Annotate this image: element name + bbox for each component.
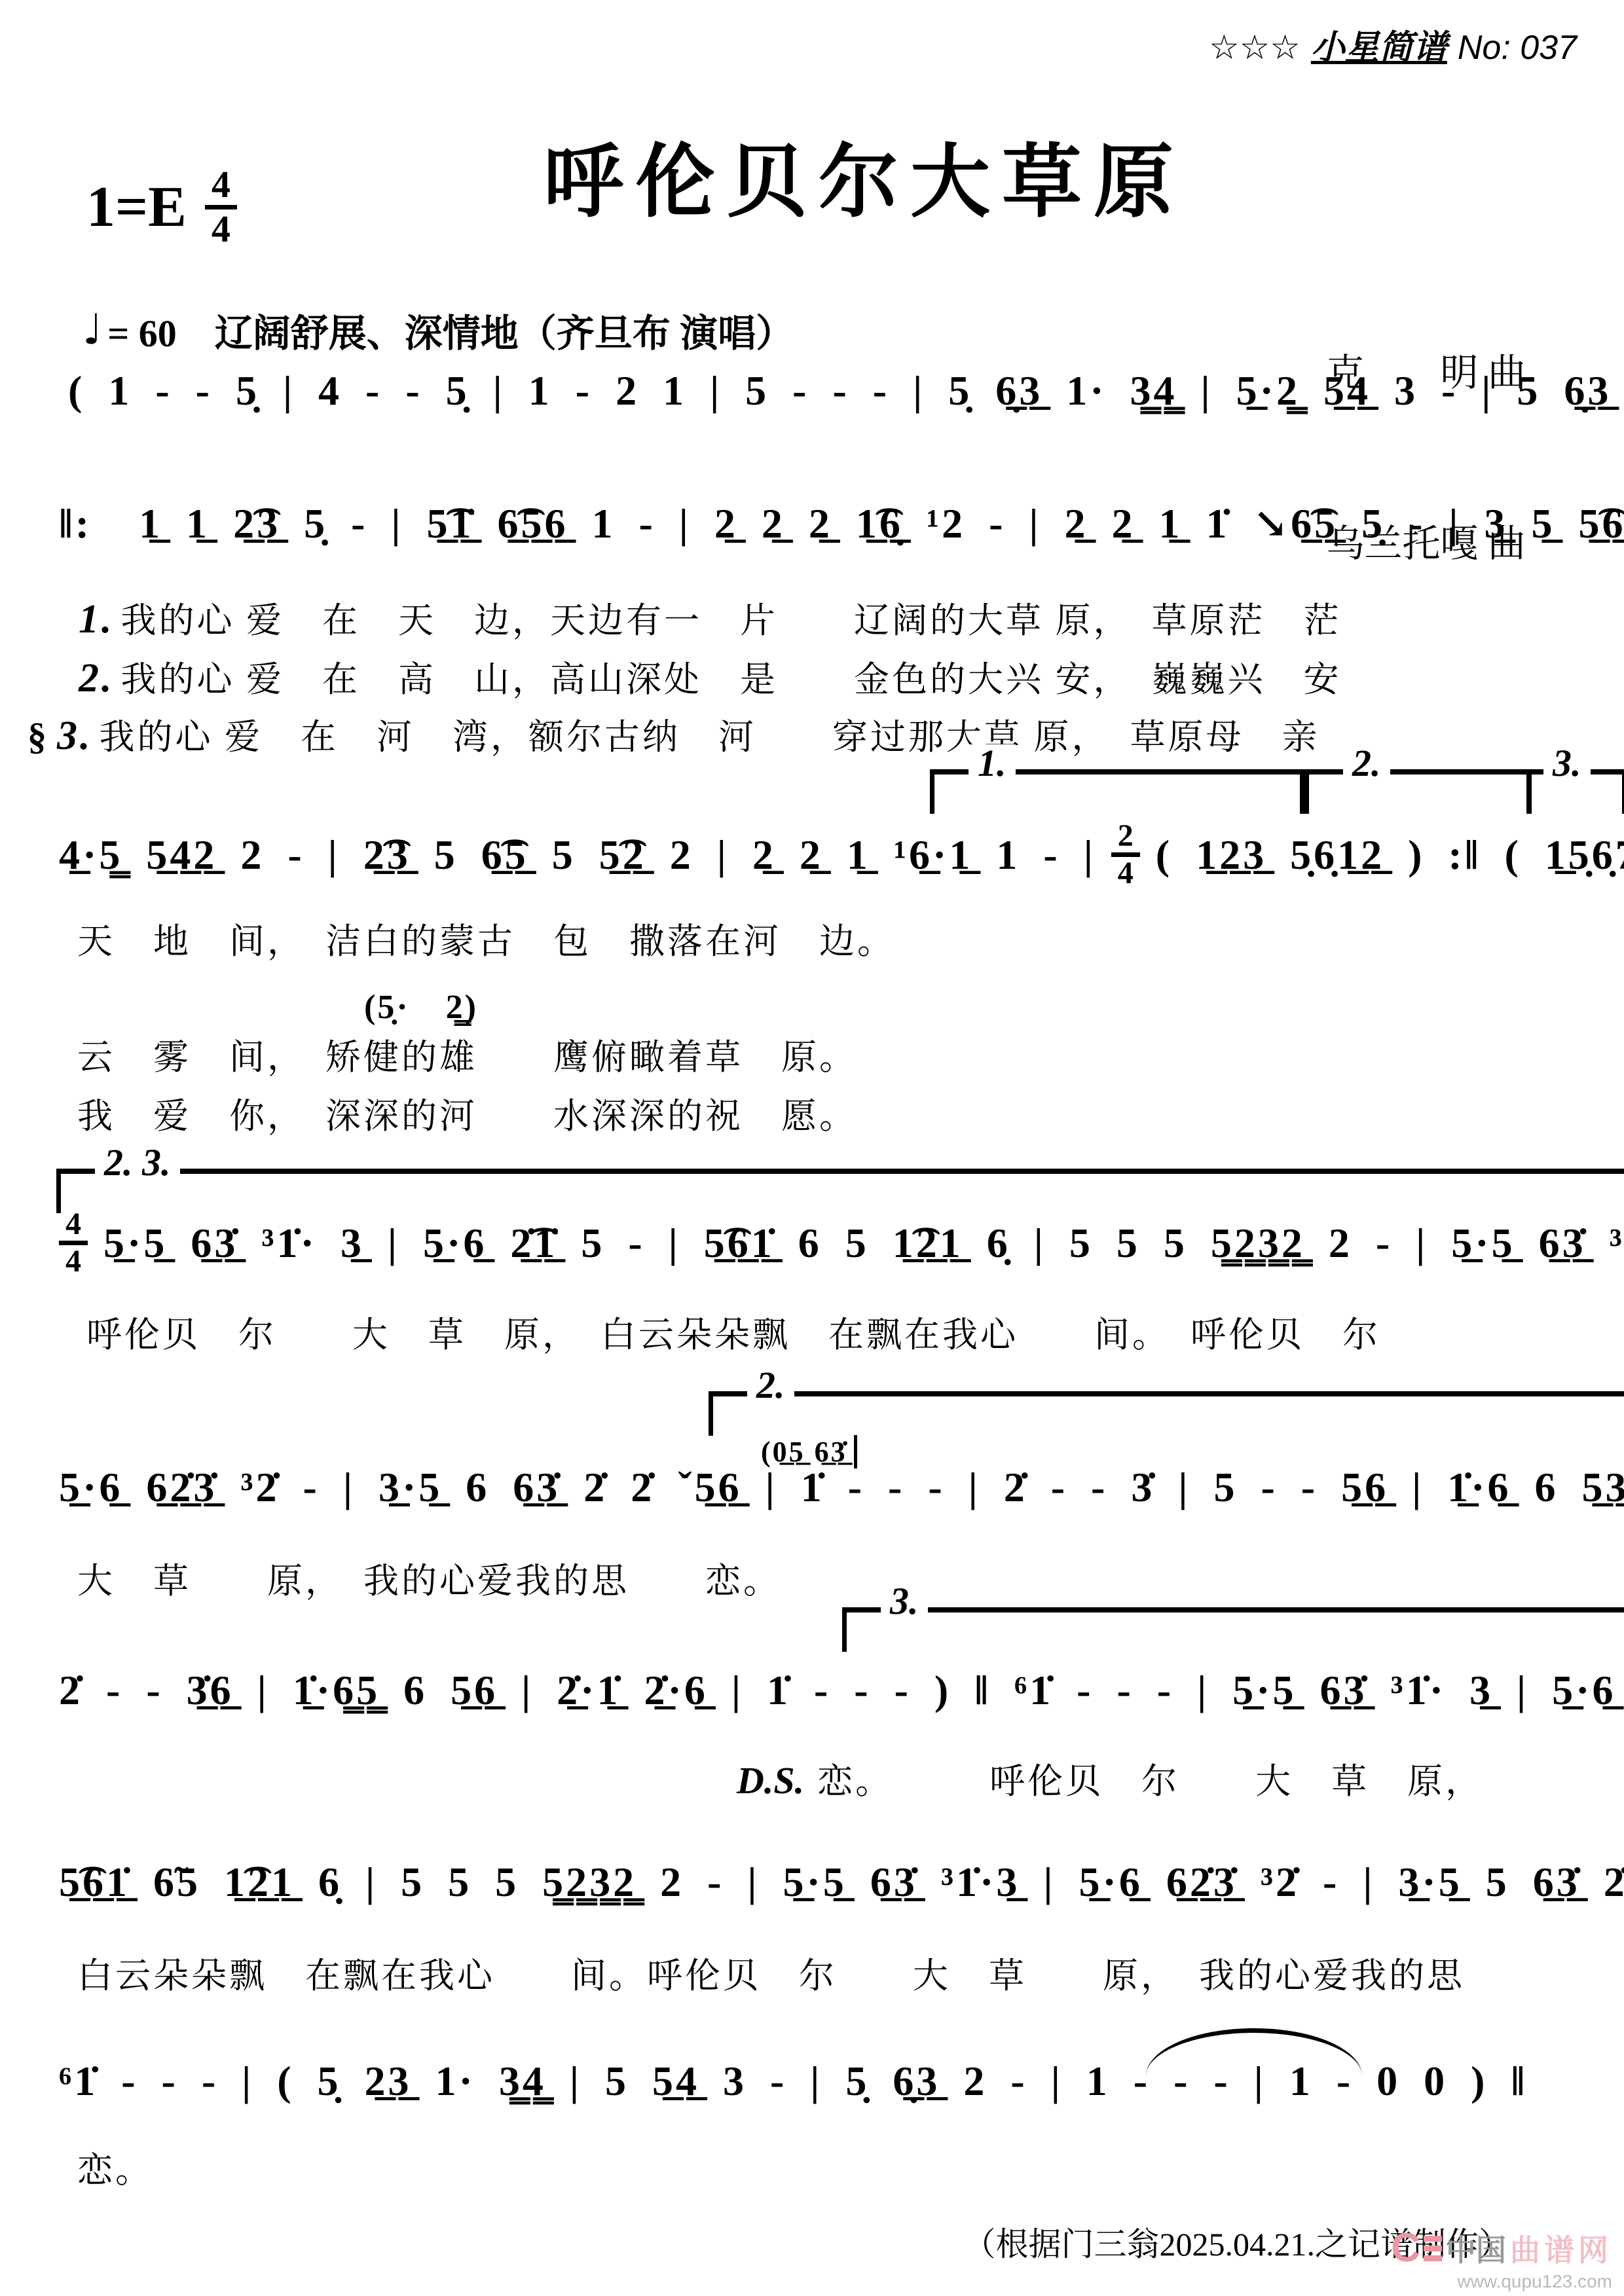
verse-number: 2. <box>79 656 121 701</box>
system-6-music: 5̲͡6̲1̲̇ 6̃5 1̲͡2̲1̲ 6̣ | 5 5 5 5̳2̳3̳2̳… <box>59 1858 1624 1906</box>
system-7-lyrics: 恋。 <box>77 2142 153 2193</box>
volta-2-long-bracket: 2. <box>709 1391 1624 1436</box>
system-2-lyrics-2: 云 雾 间， 矫健的雄 鹰俯瞰着草 原。 <box>77 1029 857 1080</box>
music-segment: 4̲·5̳ 5̲4̲2̲ 2 - | 2̲͡3̲ 5 6̲͡5̲ 5 5̲͡2̲… <box>59 831 1096 879</box>
quarter-note-icon: ♩ <box>83 306 102 354</box>
logo-c-glyph: C <box>1391 2228 1420 2269</box>
watermark-text-pink: 曲谱网 <box>1510 2227 1612 2270</box>
intro-music-line: ( 1 - - 5̣ | 4 - - 5̣ | 1 - 2 1 | 5 - - … <box>68 367 1624 415</box>
watermark-logo-icon: C <box>1391 2228 1442 2269</box>
time-signature-change: 2 4 <box>1111 820 1140 890</box>
page-header: ☆☆☆小星简谱No: 037 <box>1209 20 1577 69</box>
volta-2-long-label: 2. <box>747 1366 794 1404</box>
meter-numerator: 4 <box>59 1208 88 1245</box>
verse-2-lyrics: 2.我的心 爱 在 高 山，高山深处 是 金色的大兴 安， 巍巍兴 安 <box>79 651 1342 702</box>
tempo-text: = 60 辽阔舒展、深情地（齐旦布 演唱） <box>107 302 794 357</box>
meter-numerator: 2 <box>1111 820 1140 857</box>
ds-marking: D.S. <box>737 1758 817 1802</box>
meter-denominator: 4 <box>65 1245 81 1278</box>
volta-23-label: 2. 3. <box>95 1144 180 1182</box>
verse-number: 1. <box>79 597 121 642</box>
lyric-text: 我的心 爱 在 高 山，高山深处 是 金色的大兴 安， 巍巍兴 安 <box>121 660 1342 699</box>
meter-denominator: 4 <box>212 210 231 249</box>
music-segment: 5̲·5̲ 6̲3̲̇ ³1̇· 3̲ | 5̲·6̲ 2̲̇͡1̲̇ 5 - … <box>103 1219 1624 1267</box>
volta-3-long-bracket: 3. <box>842 1607 1624 1652</box>
series-title: 小星简谱 <box>1311 29 1447 67</box>
meter-numerator: 4 <box>205 165 237 210</box>
system-3-lyrics: 呼伦贝 尔 大 草 原， 白云朵朵飘 在飘在我心 间。 呼伦贝 尔 <box>86 1307 1380 1357</box>
volta-3-label: 3. <box>1543 744 1591 782</box>
time-signature: 4 4 <box>205 165 237 249</box>
logo-bars-icon <box>1424 2236 1442 2261</box>
volta-2-label: 2. <box>1343 744 1390 782</box>
system-2-music: 4̲·5̳ 5̲4̲2̲ 2 - | 2̲͡3̲ 5 6̲͡5̲ 5 5̲͡2̲… <box>59 820 1624 890</box>
system-2-lyrics-3: 我 爱 你， 深深的河 水深深的祝 愿。 <box>77 1088 857 1139</box>
volta-1-label: 1. <box>969 744 1016 782</box>
tempo-line: ♩ = 60 辽阔舒展、深情地（齐旦布 演唱） <box>83 302 794 357</box>
volta-1-bracket: 1. <box>930 769 1304 814</box>
system-5-music: 2̇ - - 3̲̇6̲ | 1̲̇·6̳5̳ 6 5̲6̲ | 2̲̇·1̲̇… <box>59 1666 1624 1715</box>
credits: 克 明 曲 乌兰托嘎 曲 <box>1326 230 1526 686</box>
cue-notes-annotation: (5̣· 2̳) <box>364 979 478 1028</box>
watermark-url: www.qupu123.com <box>1457 2271 1612 2292</box>
system-6-lyrics: 白云朵朵飘 在飘在我心 间。呼伦贝 尔 大 草 原， 我的心爱我的思 <box>77 1948 1465 1998</box>
key-label: 1=E <box>86 174 187 240</box>
system-1-music: ‖: 1̲ 1̲ 2̲͡3̲ 5̣ - | 5̲͡1̲̇ 6̲͡5̲6̲ 1 -… <box>59 499 1624 548</box>
system-3-music: 4 4 5̲·5̲ 6̲3̲̇ ³1̇· 3̲ | 5̲·6̲ 2̲̇͡1̲̇ … <box>59 1208 1624 1279</box>
watermark: C 中国 曲谱网 www.qupu123.com <box>1391 2227 1612 2292</box>
key-signature: 1=E 4 4 <box>86 165 237 249</box>
watermark-text-gray: 中国 <box>1446 2227 1506 2270</box>
verse-1-lyrics: 1.我的心 爱 在 天 边，天边有一 片 辽阔的大草 原， 草原茫 茫 <box>79 592 1342 643</box>
system-2-lyrics-1: 天 地 间， 洁白的蒙古 包 撒落在河 边。 <box>77 913 895 964</box>
verse-3-lyrics: §3.我的心 爱 在 河 湾，额尔古纳 河 穿过那大草 原， 草原母 亲 <box>28 709 1320 759</box>
volta-23-bracket: 2. 3. <box>56 1169 1624 1213</box>
time-signature-change: 4 4 <box>59 1208 88 1279</box>
sheet-number: No: 037 <box>1458 29 1577 67</box>
volta-3-long-label: 3. <box>881 1582 928 1620</box>
segno-icon: § <box>28 715 57 757</box>
sheet-music-page: ☆☆☆小星简谱No: 037 1=E 4 4 呼伦贝尔大草原 克 明 曲 乌兰托… <box>0 0 1624 2296</box>
system-4-music: 5̲·6̲ 6̲2̲̇3̲̇ ³2̇ - | 3̲·5̲ 6 6̲3̲̇ 2̇ … <box>59 1463 1624 1512</box>
system-7-music: ⁶1̇ - - - | ( 5̣ 2̲3̲ 1· 3̳4̳ | 5 5̲4̲ 3… <box>59 2057 1527 2105</box>
meter-denominator: 4 <box>1118 857 1134 890</box>
system-5-lyrics-row: D.S. 恋。 呼伦贝 尔 大 草 原， <box>737 1753 1483 1804</box>
verse-number: 3. <box>57 714 100 758</box>
music-segment: ( 1̲2̲3̲ 5̣6̣1̲2̲ ) :‖ ( 1̲5̣6̣7̣ 2̲3̲ )… <box>1156 831 1624 879</box>
volta-2-bracket: 2. <box>1304 769 1531 814</box>
system-4-lyrics: 大 草 原， 我的心爱我的思 恋。 <box>77 1553 781 1603</box>
lyric-text: 我的心 爱 在 河 湾，额尔古纳 河 穿过那大草 原， 草原母 亲 <box>100 718 1320 757</box>
volta-3-bracket: 3. <box>1527 769 1624 814</box>
song-title: 呼伦贝尔大草原 <box>406 118 1323 232</box>
system-5-lyrics: 恋。 呼伦贝 尔 大 草 原， <box>817 1753 1483 1804</box>
stars-icon: ☆☆☆ <box>1209 29 1301 67</box>
lyric-text: 我的心 爱 在 天 边，天边有一 片 辽阔的大草 原， 草原茫 茫 <box>121 601 1342 640</box>
